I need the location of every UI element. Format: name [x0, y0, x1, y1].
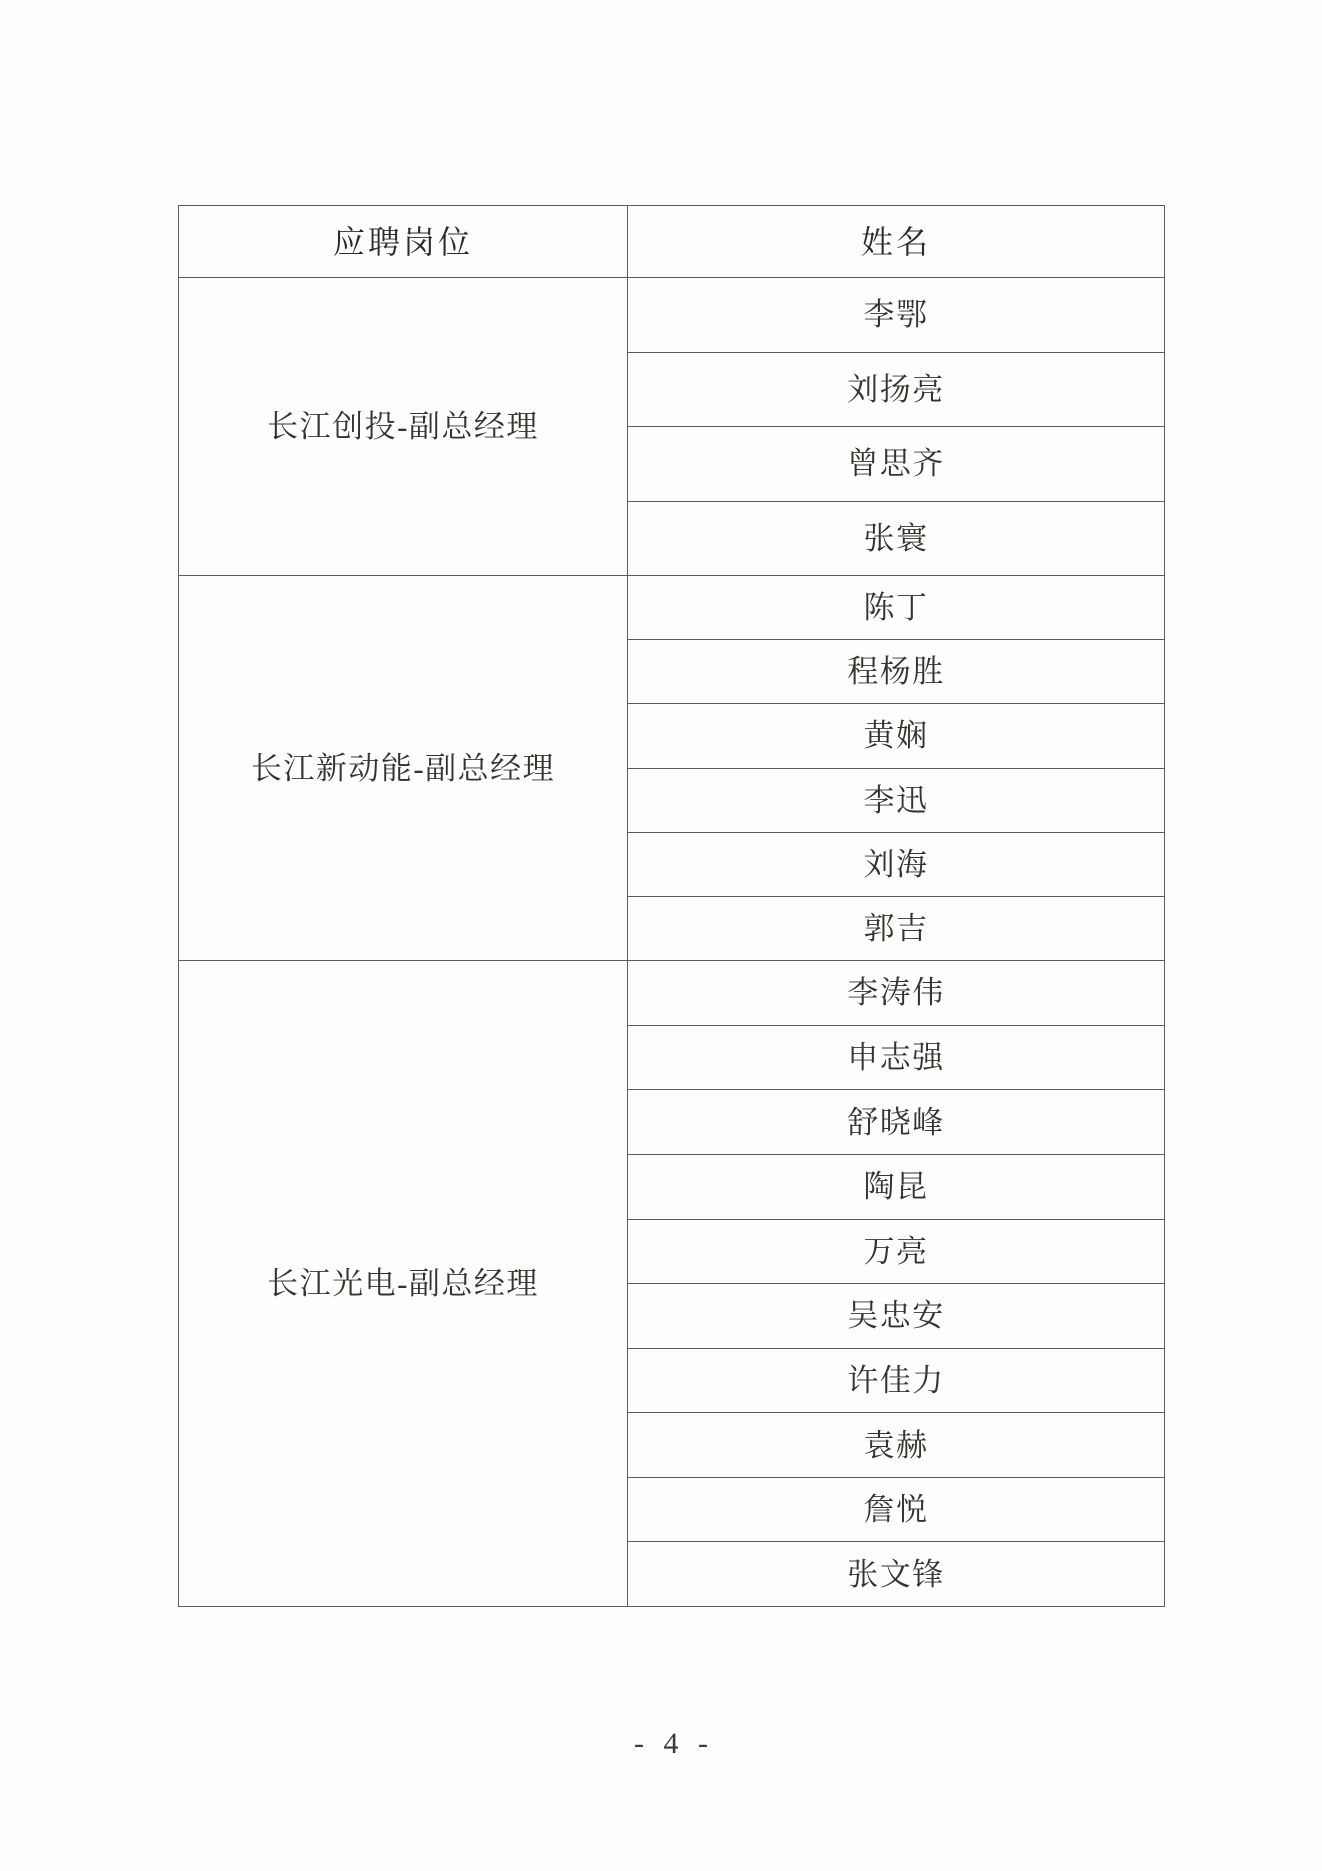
name-cell: 黄娴 [628, 704, 1165, 768]
column-header-position: 应聘岗位 [179, 206, 628, 278]
table-row: 长江创投-副总经理 李鄂 [179, 278, 1165, 353]
document-page: 应聘岗位 姓名 长江创投-副总经理 李鄂 刘扬亮 曾思齐 张寰 长江新动能-副总… [0, 0, 1322, 1871]
position-cell-group-2: 长江新动能-副总经理 [179, 576, 628, 961]
name-cell: 程杨胜 [628, 640, 1165, 704]
position-cell-group-1: 长江创投-副总经理 [179, 278, 628, 576]
name-cell: 詹悦 [628, 1477, 1165, 1542]
position-cell-group-3: 长江光电-副总经理 [179, 961, 628, 1607]
name-cell: 郭吉 [628, 896, 1165, 960]
name-cell: 陈丁 [628, 576, 1165, 640]
name-cell: 李鄂 [628, 278, 1165, 353]
name-cell: 曾思齐 [628, 427, 1165, 502]
name-cell: 张寰 [628, 501, 1165, 576]
table-row: 长江光电-副总经理 李涛伟 [179, 961, 1165, 1026]
name-cell: 李涛伟 [628, 961, 1165, 1026]
name-cell: 刘海 [628, 832, 1165, 896]
name-cell: 陶昆 [628, 1154, 1165, 1219]
name-cell: 申志强 [628, 1025, 1165, 1090]
table-row: 长江新动能-副总经理 陈丁 [179, 576, 1165, 640]
applicants-table: 应聘岗位 姓名 长江创投-副总经理 李鄂 刘扬亮 曾思齐 张寰 长江新动能-副总… [178, 205, 1165, 1607]
name-cell: 张文锋 [628, 1542, 1165, 1607]
name-cell: 万亮 [628, 1219, 1165, 1284]
name-cell: 刘扬亮 [628, 352, 1165, 427]
name-cell: 李迅 [628, 768, 1165, 832]
name-cell: 吴忠安 [628, 1284, 1165, 1349]
table-header-row: 应聘岗位 姓名 [179, 206, 1165, 278]
name-cell: 许佳力 [628, 1348, 1165, 1413]
name-cell: 舒晓峰 [628, 1090, 1165, 1155]
name-cell: 袁赫 [628, 1413, 1165, 1478]
column-header-name: 姓名 [628, 206, 1165, 278]
page-number: - 4 - [0, 1727, 1322, 1761]
